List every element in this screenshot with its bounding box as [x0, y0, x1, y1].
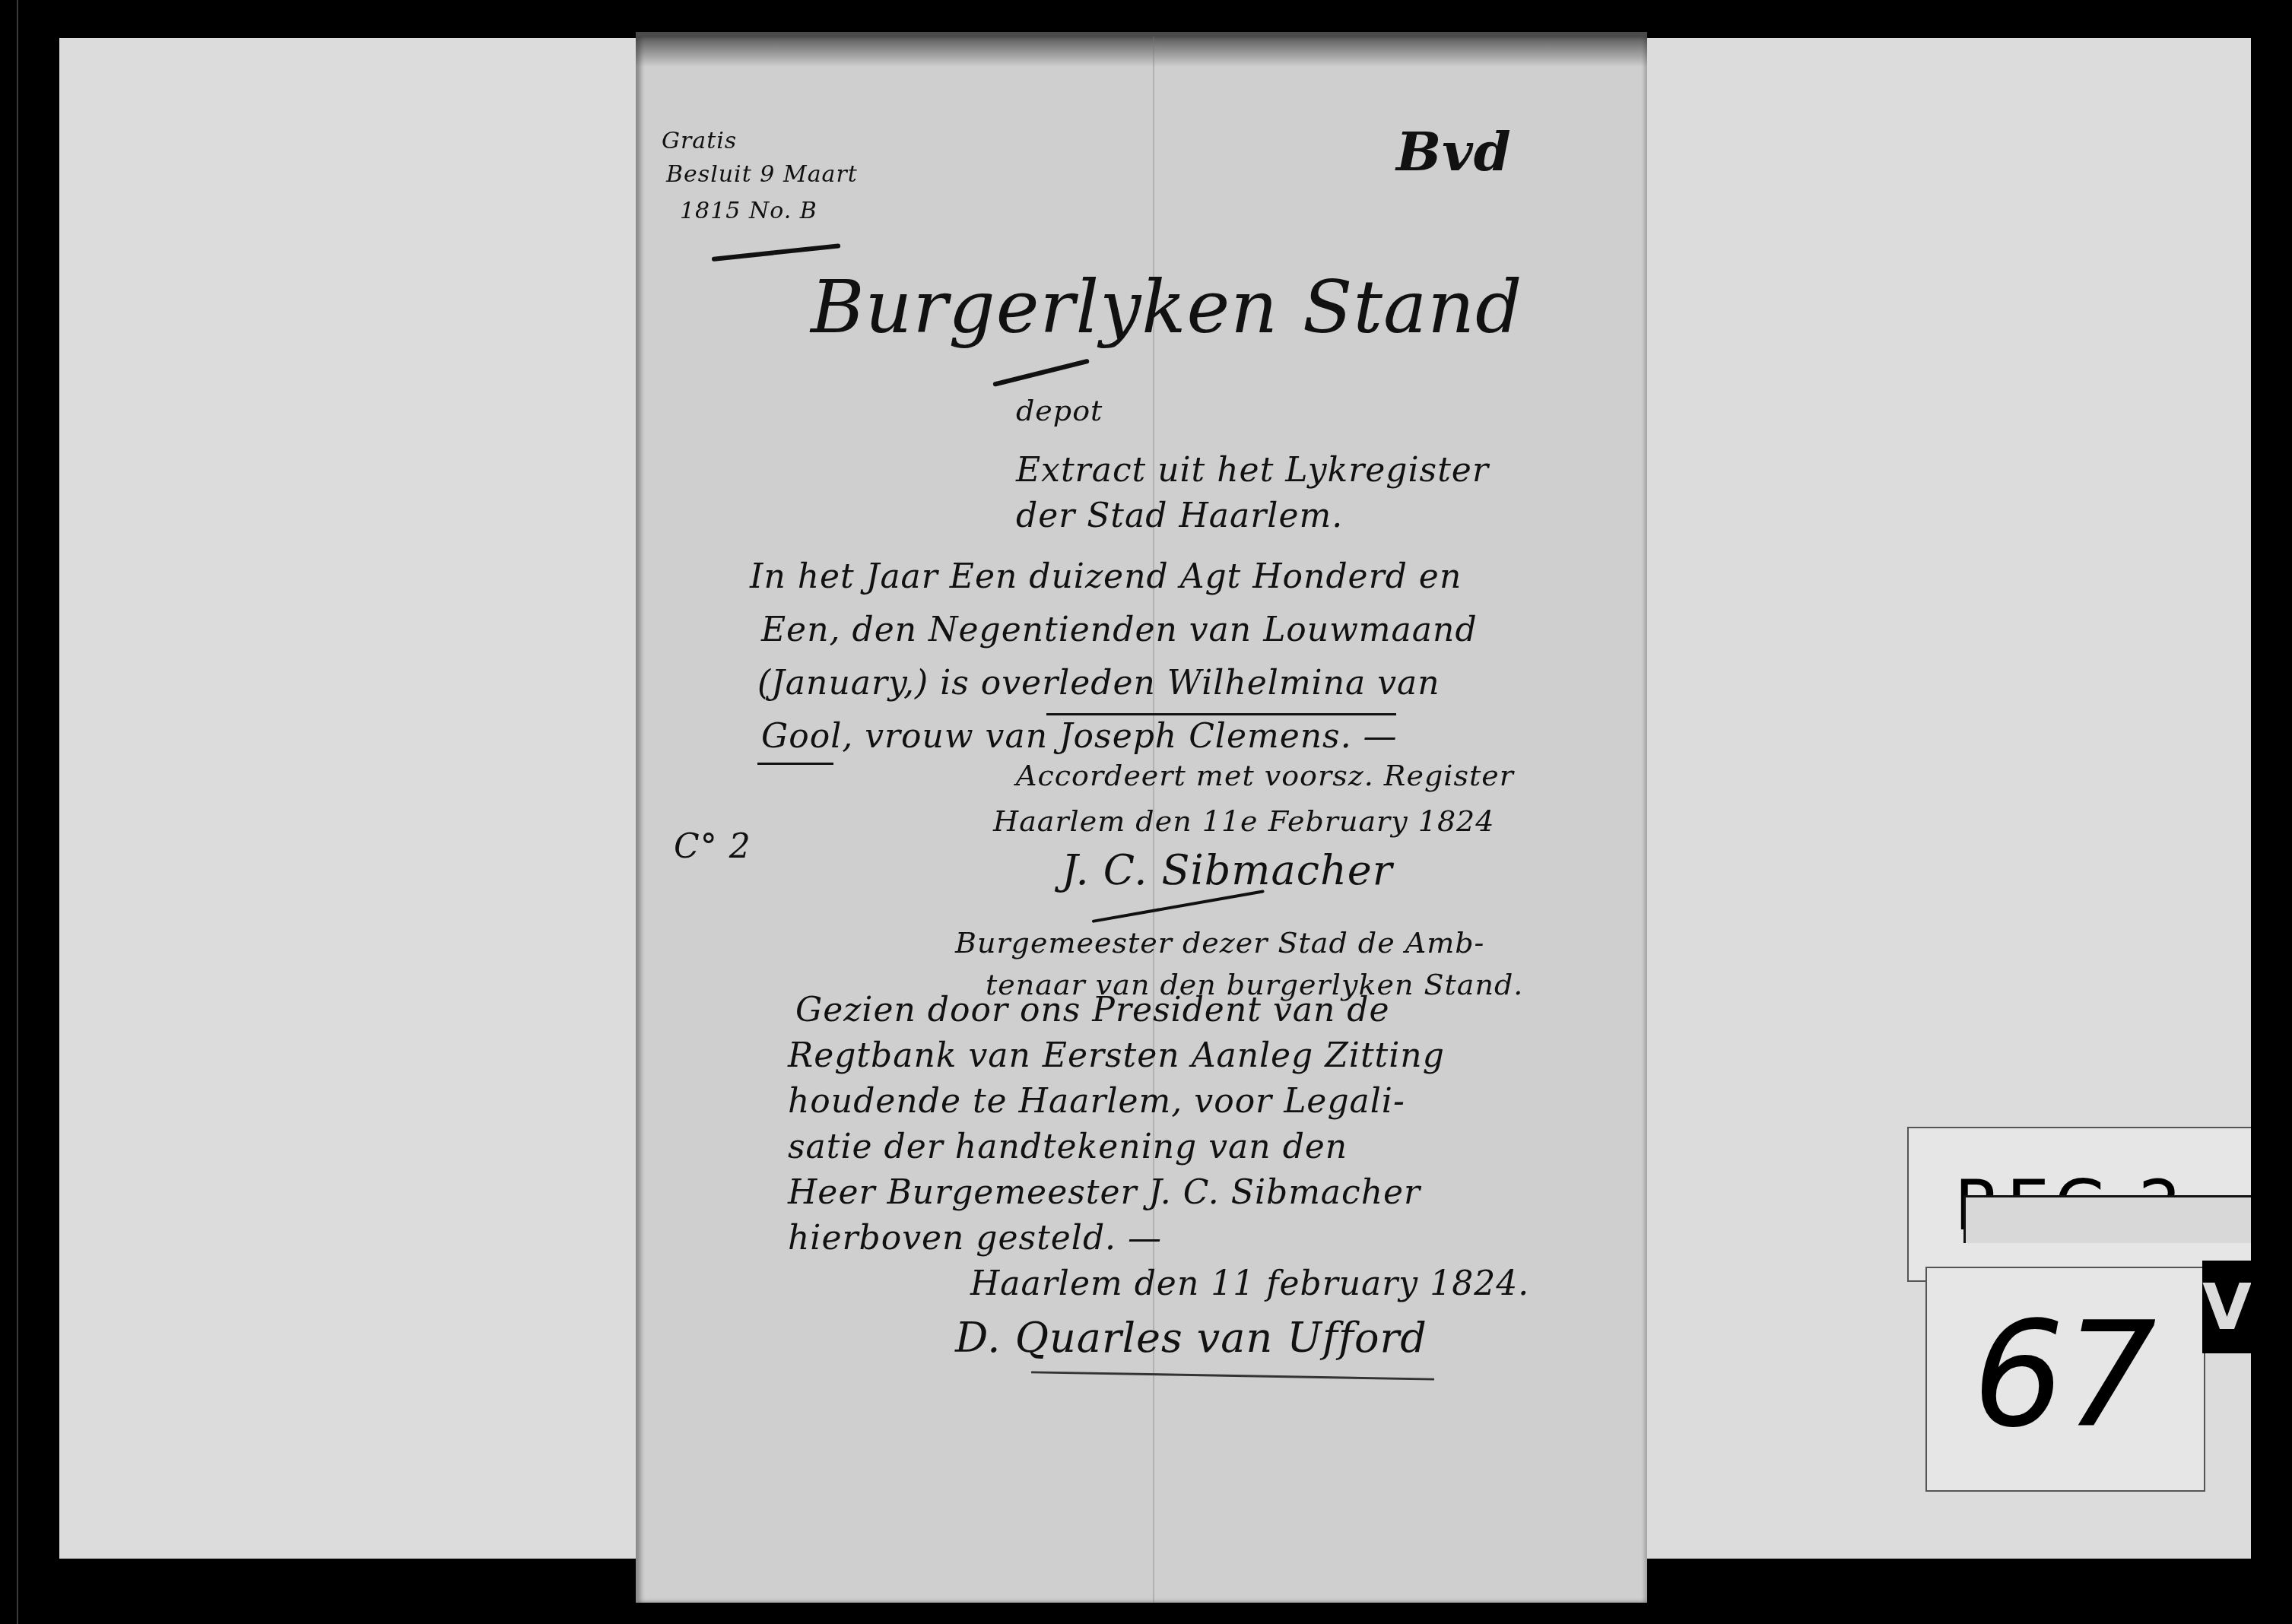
signature-quarles-van-ufford: D. Quarles van Ufford — [955, 1314, 1427, 1362]
heading-line-2: der Stad Haarlem. — [1016, 496, 1343, 535]
scan-edge-line — [17, 0, 18, 1624]
item-number-card: 67 — [1925, 1267, 2205, 1492]
body-line-3: (January,) is overleden Wilhelmina van — [757, 664, 1440, 703]
legalization-line-5: Heer Burgemeester J. C. Sibmacher — [788, 1173, 1421, 1212]
name-underline — [1046, 713, 1396, 715]
scanned-document-image: Gratis Besluit 9 Maart 1815 No. B Bvd Bu… — [0, 0, 2292, 1624]
legalization-line-4: satie der handtekening van den — [788, 1128, 1348, 1166]
margin-note-line-2: Besluit 9 Maart — [666, 160, 858, 190]
scan-right-border — [2251, 0, 2292, 1624]
flourish-stroke — [712, 243, 841, 262]
margin-note-left: C° 2 — [674, 827, 751, 866]
attestation-line-2: Haarlem den 11e February 1824 — [993, 804, 1494, 838]
folio-mark: Bvd — [1396, 120, 1512, 183]
body-line-2: Een, den Negentienden van Louwmaand — [761, 611, 1478, 649]
body-line-4: Gool, vrouw van Joseph Clemens. — — [761, 717, 1398, 756]
signature-title-line-1: Burgemeester dezer Stad de Amb- — [955, 926, 1484, 959]
heading-line-1: Extract uit het Lykregister — [1016, 451, 1489, 490]
body-line-1: In het Jaar Een duizend Agt Honderd en — [750, 557, 1462, 596]
document-title: Burgerlyken Stand — [811, 265, 1523, 350]
signature-2-underline — [1031, 1371, 1434, 1380]
attestation-line-1: Accordeert met voorsz. Register — [1016, 759, 1514, 792]
page-stain — [636, 36, 1647, 67]
document-page: Gratis Besluit 9 Maart 1815 No. B Bvd Bu… — [636, 32, 1647, 1603]
legalization-line-6: hierboven gesteld. — — [788, 1219, 1162, 1258]
side-marker-badge: V — [2202, 1261, 2251, 1353]
signature-flourish — [1092, 890, 1265, 923]
legalization-line-3: houdende te Haarlem, voor Legali- — [788, 1082, 1405, 1121]
legalization-date: Haarlem den 11 february 1824. — [970, 1264, 1529, 1303]
legalization-line-1: Gezien door ons President van de — [795, 991, 1390, 1029]
title-flourish — [992, 359, 1090, 387]
signature-sibmacher: J. C. Sibmacher — [1062, 846, 1393, 894]
legalization-line-2: Regtbank van Eersten Aanleg Zitting — [788, 1036, 1445, 1075]
depot-label: depot — [1016, 394, 1103, 427]
margin-note-line-3: 1815 No. B — [680, 196, 817, 227]
margin-note-line-1: Gratis — [662, 126, 737, 157]
blank-label-card — [1963, 1195, 2257, 1243]
item-number: 67 — [1973, 1291, 2157, 1459]
surname-underline — [757, 763, 833, 765]
